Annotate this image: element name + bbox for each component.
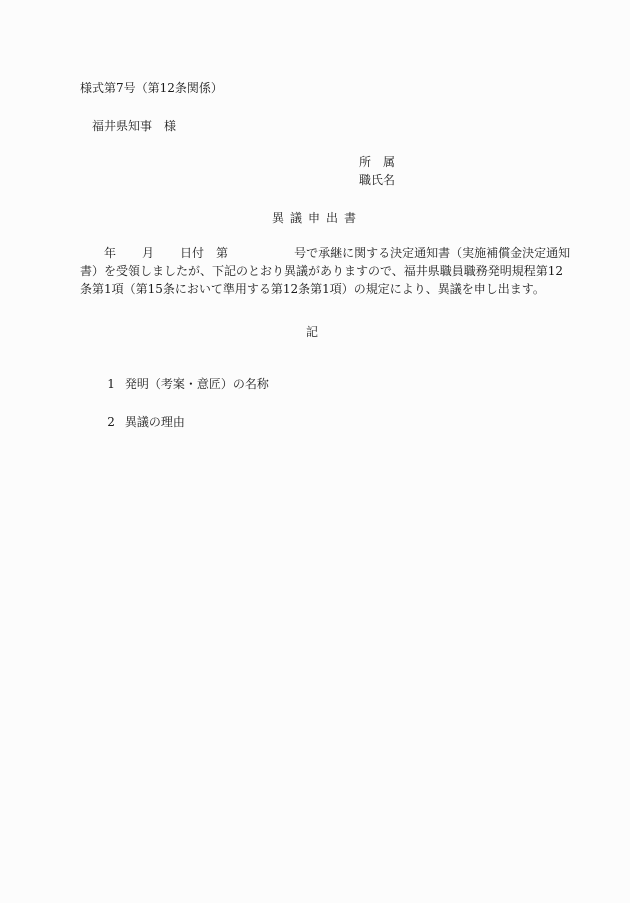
line1-rest-text: 号で承継に関する決定通知書（実施補償金決定通知 bbox=[294, 246, 570, 260]
day-dated-text: 日付 bbox=[180, 246, 204, 260]
ki-heading: 記 bbox=[306, 324, 318, 340]
body-paragraph: 年月日付第号で承継に関する決定通知書（実施補償金決定通知 書）を受領しましたが、… bbox=[80, 244, 560, 298]
name-label: 職氏名 bbox=[359, 172, 395, 188]
year-text: 年 bbox=[104, 246, 116, 260]
item-2: 2異議の理由 bbox=[92, 398, 185, 446]
item-number: 1 bbox=[107, 377, 115, 391]
body-line-3: 条第1項（第15条において準用する第12条第1項）の規定により、異議を申し出ます… bbox=[80, 280, 560, 298]
dai-text: 第 bbox=[216, 246, 228, 260]
item-label: 異議の理由 bbox=[125, 415, 185, 429]
document-title: 異議申出書 bbox=[272, 210, 362, 226]
body-line-1: 年月日付第号で承継に関する決定通知書（実施補償金決定通知 bbox=[80, 244, 560, 262]
body-line-2: 書）を受領しましたが、下記のとおり異議がありますので、福井県職員職務発明規程第1… bbox=[80, 262, 560, 280]
affiliation-label: 所 属 bbox=[359, 154, 395, 170]
month-text: 月 bbox=[142, 246, 154, 260]
addressee: 福井県知事 様 bbox=[92, 118, 176, 134]
item-label: 発明（考案・意匠）の名称 bbox=[125, 377, 269, 391]
form-number: 様式第7号（第12条関係） bbox=[80, 80, 223, 96]
item-number: 2 bbox=[107, 415, 115, 429]
